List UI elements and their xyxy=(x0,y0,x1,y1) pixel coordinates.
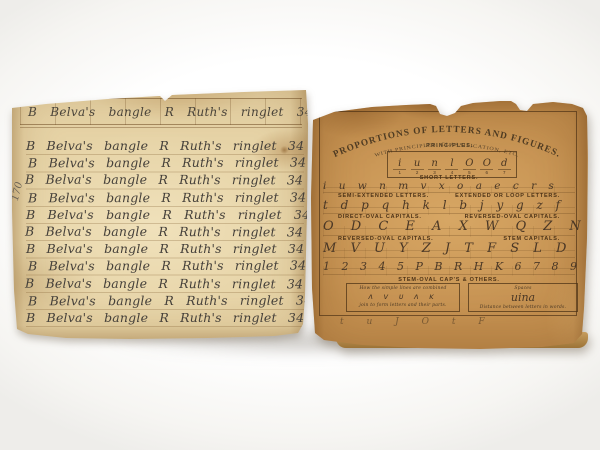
practice-line: B Belva's bangle R Ruth's ringlet 34 xyxy=(28,258,306,276)
spacing-caption: Distance between letters in words. xyxy=(469,305,577,311)
principle-glyph: O xyxy=(463,158,476,170)
principle-glyph: i xyxy=(393,158,406,170)
left-page: B Belva's bangle R Ruth's ringlet 34 170… xyxy=(12,90,308,340)
principle-stroke: O 5 xyxy=(463,158,476,176)
photo-open-copybook: B Belva's bangle R Ruth's ringlet 34 170… xyxy=(0,0,600,450)
practice-line: B Belva's bangle R Ruth's ringlet 34 xyxy=(26,241,304,258)
extended-letters-row: t d p q h k l b j y g z f xyxy=(323,198,575,215)
principle-glyph: l xyxy=(445,158,458,170)
principle-glyph: d xyxy=(498,158,511,170)
practice-line: B Belva's bangle R Ruth's ringlet 34 xyxy=(25,275,303,293)
principle-stroke: O 6 xyxy=(480,158,493,176)
left-page-wrap: B Belva's bangle R Ruth's ringlet 34 170… xyxy=(12,90,308,340)
pencil-scribbles: t u J O t F xyxy=(340,317,560,327)
copy-header-ruled-strip: B Belva's bangle R Ruth's ringlet 34 xyxy=(20,98,302,125)
principles-label: PRINCIPLES. xyxy=(310,143,590,149)
spacing-example-word: uina xyxy=(469,292,577,303)
practice-line: B Belva's bangle R Ruth's ringlet 34 xyxy=(25,224,303,242)
combine-strokes: ʌ ᴠ ᴜ ʌ ᴋ xyxy=(347,292,459,301)
combine-caption-bottom: join to form letters and their parts. xyxy=(347,303,459,309)
practice-line: B Belva's bangle R Ruth's ringlet 34 xyxy=(26,207,304,224)
principle-stroke: n 3 xyxy=(428,158,441,176)
practice-line: B Belva's bangle R Ruth's ringlet 34 xyxy=(28,292,306,310)
principle-glyph: O xyxy=(480,158,493,170)
practice-line: B Belva's bangle R Ruth's ringlet 34 xyxy=(28,155,306,173)
practice-line: B Belva's bangle R Ruth's ringlet 34 xyxy=(26,310,304,327)
margin-note: 170 xyxy=(10,181,25,202)
oval-capitals-row: O D C E A X W Q Z N xyxy=(323,219,575,237)
practice-line: B Belva's bangle R Ruth's ringlet 34 xyxy=(28,189,306,207)
stem-capitals-row: M V U Y Z J T F S L D xyxy=(323,241,575,259)
principle-stroke: u 2 xyxy=(411,158,424,176)
practice-line: B Belva's bangle R Ruth's ringlet 34 xyxy=(26,138,304,155)
principle-stroke: d 7 xyxy=(498,158,511,176)
principle-glyph: n xyxy=(428,158,441,170)
principles-box: i 1 u 2 n 3 l 4 O 5 xyxy=(387,151,517,178)
right-page: PROPORTIONS OF LETTERS AND FIGURES. WITH… xyxy=(310,98,590,350)
model-copy-line: B Belva's bangle R Ruth's ringlet 34 xyxy=(20,99,302,119)
letter-spacing-box: Spaces uina Distance between letters in … xyxy=(468,283,578,312)
short-letters-row: i u w n m v x o a e c r s xyxy=(323,180,575,194)
practice-line: B Belva's bangle R Ruth's ringlet 34 xyxy=(25,172,303,190)
principle-glyph: u xyxy=(411,158,424,170)
right-page-wrap: PROPORTIONS OF LETTERS AND FIGURES. WITH… xyxy=(310,98,590,350)
figures-row: 1 2 3 4 5 P B R H K 6 7 8 9 0 xyxy=(323,260,575,276)
combining-principles-box: How the simple lines are combined ʌ ᴠ ᴜ … xyxy=(346,283,460,312)
principle-stroke: l 4 xyxy=(445,158,458,176)
practice-lines: B Belva's bangle R Ruth's ringlet 34 B B… xyxy=(26,138,304,327)
principle-stroke: i 1 xyxy=(393,158,406,176)
